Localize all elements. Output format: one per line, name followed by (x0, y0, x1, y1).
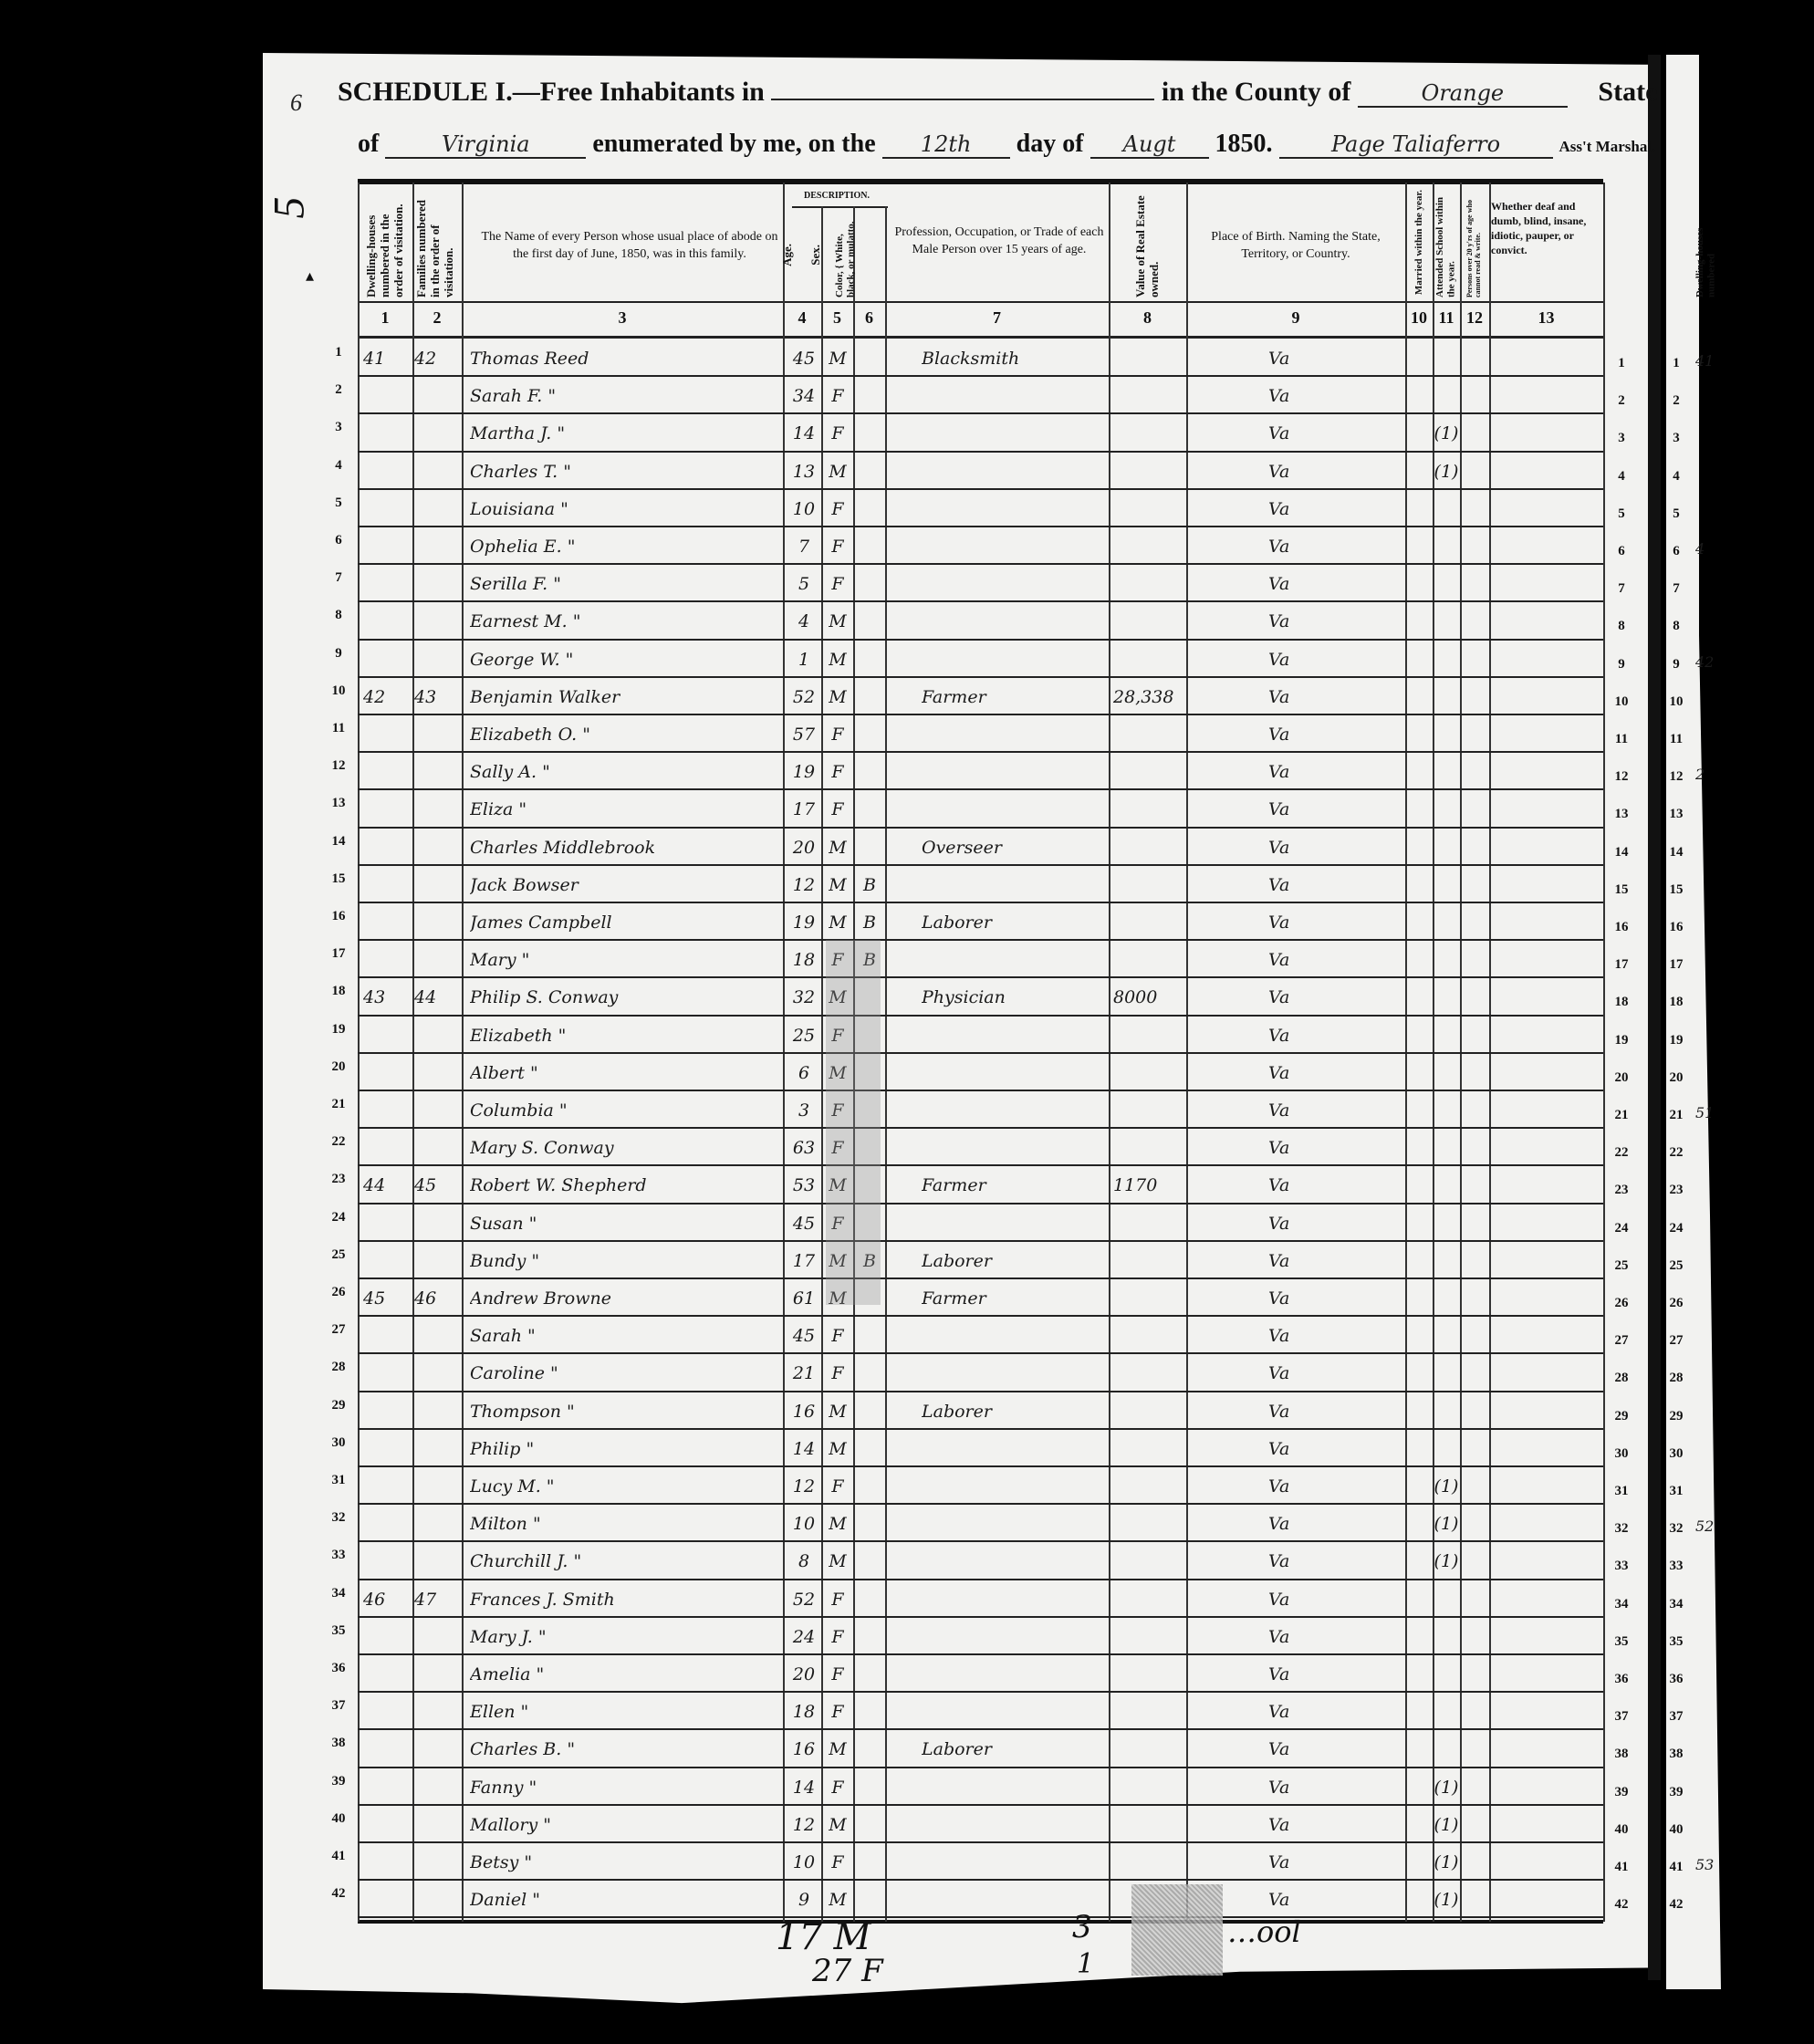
col-8-header: Value of Real Estate owned. (1111, 188, 1184, 297)
sex: M (823, 1890, 852, 1910)
line-number-next-page: 20 (1663, 1070, 1690, 1086)
sex: M (823, 1739, 852, 1759)
occupation: Laborer (922, 1402, 1104, 1422)
birthplace: Va (1268, 725, 1360, 745)
line-number-next-page: 34 (1663, 1597, 1690, 1612)
birthplace: Va (1268, 912, 1360, 933)
line-number-right: 11 (1608, 732, 1635, 747)
line-number-left: 1 (325, 345, 352, 360)
birthplace: Va (1268, 1627, 1360, 1647)
age: 13 (787, 462, 821, 482)
line-number-next-page: 3 (1663, 431, 1690, 446)
birthplace: Va (1268, 1778, 1360, 1798)
birthplace: Va (1268, 1251, 1360, 1271)
person-name: Churchill J. " (470, 1551, 780, 1571)
line-number-left: 14 (325, 834, 352, 850)
line-number-right: 8 (1608, 619, 1635, 634)
row-rule (358, 1728, 1603, 1730)
row-rule (358, 412, 1603, 414)
colnum-divider (358, 336, 1603, 339)
line-number-left: 38 (325, 1736, 352, 1751)
row-rule (358, 1315, 1603, 1317)
line-number-next-page: 37 (1663, 1709, 1690, 1725)
line-number-next-page: 27 (1663, 1333, 1690, 1349)
birthplace: Va (1268, 1363, 1360, 1383)
line-number-right: 25 (1608, 1258, 1635, 1274)
row-rule (358, 1164, 1603, 1166)
line-number-left: 25 (325, 1247, 352, 1263)
family-number: 45 (414, 1175, 460, 1195)
birthplace: Va (1268, 1214, 1360, 1234)
col-2-header: Families numbered in the order of visita… (412, 190, 458, 297)
line-number-left: 6 (325, 533, 352, 548)
age: 19 (787, 912, 821, 933)
birthplace: Va (1268, 987, 1360, 1007)
attended-school: (1) (1433, 1778, 1459, 1798)
line-number-right: 4 (1608, 469, 1635, 485)
sex: F (823, 1363, 852, 1383)
total-note: …ool (1227, 1914, 1301, 1949)
birthplace: Va (1268, 1890, 1360, 1910)
birthplace: Va (1268, 1514, 1360, 1534)
row-rule (358, 526, 1603, 527)
county-label: in the County of (1162, 77, 1351, 107)
column-divider (885, 206, 887, 1922)
line-number-right: 18 (1608, 995, 1635, 1010)
row-rule (358, 902, 1603, 903)
line-number-next-page: 38 (1663, 1747, 1690, 1762)
person-name: Philip " (470, 1439, 780, 1459)
stain (826, 940, 881, 1305)
family-number: 46 (414, 1288, 460, 1309)
age: 52 (787, 1590, 821, 1610)
dwelling-number: 41 (363, 349, 411, 369)
attended-school: (1) (1433, 423, 1459, 443)
sex: M (823, 1551, 852, 1571)
month-value: Augt (1090, 131, 1209, 159)
sex: F (823, 1778, 852, 1798)
line-number-next-page: 5 (1663, 506, 1690, 522)
line-number-left: 4 (325, 458, 352, 474)
occupation: Farmer (922, 1175, 1104, 1195)
col-12-header: Persons over 20 y'rs of age who cannot r… (1460, 188, 1487, 297)
line-number-next-page: 30 (1663, 1446, 1690, 1462)
line-number-right: 41 (1608, 1860, 1635, 1875)
row-rule (358, 827, 1603, 829)
birthplace: Va (1268, 1664, 1360, 1684)
col-13-header: Whether deaf and dumb, blind, insane, id… (1491, 192, 1600, 265)
sex: F (823, 537, 852, 557)
line-number-left: 15 (325, 871, 352, 887)
line-number-right: 35 (1608, 1634, 1635, 1650)
line-number-next-page: 11 (1663, 732, 1690, 747)
sex: F (823, 1627, 852, 1647)
row-rule (358, 1691, 1603, 1693)
birthplace: Va (1268, 1026, 1360, 1046)
sex: F (823, 1664, 852, 1684)
year-value: 1850. (1215, 130, 1273, 158)
line-number-next-page: 24 (1663, 1221, 1690, 1236)
age: 17 (787, 1251, 821, 1271)
line-number-next-page: 15 (1663, 882, 1690, 898)
description-divider (792, 206, 888, 208)
line-number-next-page: 6 (1663, 544, 1690, 559)
age: 9 (787, 1890, 821, 1910)
row-rule (358, 1127, 1603, 1129)
attended-school: (1) (1433, 1815, 1459, 1835)
line-number-next-page: 40 (1663, 1822, 1690, 1838)
row-rule (358, 864, 1603, 866)
family-number: 42 (414, 349, 460, 369)
person-name: Sarah F. " (470, 386, 780, 406)
row-rule (358, 1015, 1603, 1017)
description-group-label: DESCRIPTION. (787, 187, 887, 205)
line-number-next-page: 35 (1663, 1634, 1690, 1650)
birthplace: Va (1268, 799, 1360, 819)
line-number-right: 3 (1608, 431, 1635, 446)
total-col-top: 3 (1072, 1909, 1092, 1945)
line-number-right: 24 (1608, 1221, 1635, 1236)
birthplace: Va (1268, 423, 1360, 443)
column-number: 4 (783, 308, 821, 328)
person-name: George W. " (470, 650, 780, 670)
column-number: 6 (853, 308, 885, 328)
line-number-right: 19 (1608, 1033, 1635, 1048)
line-number-right: 33 (1608, 1559, 1635, 1574)
birthplace: Va (1268, 1551, 1360, 1571)
line-number-right: 32 (1608, 1521, 1635, 1537)
state-value: Virginia (385, 131, 586, 159)
line-number-next-page: 13 (1663, 807, 1690, 822)
person-name: Eliza " (470, 799, 780, 819)
sex: M (823, 349, 852, 369)
line-number-left: 19 (325, 1022, 352, 1038)
line-number-next-page: 21 (1663, 1108, 1690, 1123)
line-number-left: 17 (325, 946, 352, 962)
line-number-right: 22 (1608, 1145, 1635, 1161)
column-number: 10 (1405, 308, 1433, 328)
line-number-next-page: 4 (1663, 469, 1690, 485)
occupation: Laborer (922, 912, 1104, 933)
sex: M (823, 611, 852, 631)
birthplace: Va (1268, 1476, 1360, 1496)
line-number-next-page: 17 (1663, 957, 1690, 973)
person-name: Caroline " (470, 1363, 780, 1383)
person-name: Fanny " (470, 1778, 780, 1798)
person-name: Robert W. Shepherd (470, 1175, 780, 1195)
person-name: Susan " (470, 1214, 780, 1234)
line-number-right: 21 (1608, 1108, 1635, 1123)
page-number: 6 (290, 89, 302, 117)
line-number-right: 15 (1608, 882, 1635, 898)
column-number: 7 (885, 308, 1109, 328)
line-number-right: 38 (1608, 1747, 1635, 1762)
age: 14 (787, 423, 821, 443)
person-name: Thompson " (470, 1402, 780, 1422)
col-11-header: Attended School within the year. (1433, 188, 1460, 297)
day-value: 12th (882, 131, 1010, 159)
birthplace: Va (1268, 1138, 1360, 1158)
person-name: Milton " (470, 1514, 780, 1534)
person-name: Albert " (470, 1063, 780, 1083)
line-number-next-page: 32 (1663, 1521, 1690, 1537)
sex: M (823, 1514, 852, 1534)
birthplace: Va (1268, 875, 1360, 895)
birthplace: Va (1268, 1815, 1360, 1835)
column-divider (1603, 182, 1605, 1922)
line-number-right: 12 (1608, 769, 1635, 785)
line-number-left: 7 (325, 570, 352, 586)
row-rule (358, 1879, 1603, 1881)
birthplace: Va (1268, 1739, 1360, 1759)
age: 8 (787, 1551, 821, 1571)
line-number-left: 22 (325, 1134, 352, 1150)
line-number-left: 10 (325, 683, 352, 699)
line-number-right: 1 (1608, 356, 1635, 371)
line-number-next-page: 26 (1663, 1296, 1690, 1311)
line-number-left: 40 (325, 1811, 352, 1827)
age: 57 (787, 725, 821, 745)
sex: M (823, 687, 852, 707)
row-rule (358, 1277, 1603, 1279)
occupation: Laborer (922, 1251, 1104, 1271)
table-top-rule (358, 179, 1603, 184)
line-number-right: 10 (1608, 694, 1635, 710)
row-rule (358, 1352, 1603, 1354)
attended-school: (1) (1433, 1852, 1459, 1872)
row-rule (358, 1579, 1603, 1580)
line-number-left: 12 (325, 758, 352, 774)
age: 14 (787, 1778, 821, 1798)
age: 10 (787, 1514, 821, 1534)
real-estate-value: 8000 (1113, 987, 1184, 1007)
header-divider (358, 301, 1603, 303)
row-rule (358, 676, 1603, 678)
line-number-right: 20 (1608, 1070, 1635, 1086)
row-rule (358, 1767, 1603, 1768)
line-number-next-page: 16 (1663, 920, 1690, 935)
birthplace: Va (1268, 1439, 1360, 1459)
line-number-next-page: 7 (1663, 581, 1690, 597)
line-number-next-page: 42 (1663, 1897, 1690, 1913)
line-number-left: 16 (325, 909, 352, 924)
adjacent-page-edge (1666, 55, 1721, 1989)
line-number-right: 30 (1608, 1446, 1635, 1462)
line-number-right: 6 (1608, 544, 1635, 559)
row-rule (358, 976, 1603, 978)
line-number-next-page: 29 (1663, 1409, 1690, 1424)
line-number-left: 21 (325, 1097, 352, 1112)
birthplace: Va (1268, 1288, 1360, 1309)
line-number-left: 31 (325, 1473, 352, 1488)
line-number-left: 8 (325, 608, 352, 623)
sex: F (823, 423, 852, 443)
next-page-dwelling-number: 42 (1695, 653, 1714, 671)
person-name: Amelia " (470, 1664, 780, 1684)
row-rule (358, 1804, 1603, 1806)
birthplace: Va (1268, 1852, 1360, 1872)
line-number-right: 9 (1608, 657, 1635, 673)
table-bottom-rule (358, 1920, 1603, 1924)
line-number-right: 13 (1608, 807, 1635, 822)
of-label: of (358, 130, 379, 158)
color: B (855, 875, 884, 895)
age: 5 (787, 574, 821, 594)
row-rule (358, 1428, 1603, 1430)
line-number-left: 36 (325, 1661, 352, 1676)
line-number-right: 34 (1608, 1597, 1635, 1612)
row-rule (358, 451, 1603, 453)
age: 4 (787, 611, 821, 631)
sex: M (823, 1815, 852, 1835)
line-number-left: 42 (325, 1886, 352, 1902)
col-4-header: Age. (774, 212, 801, 297)
birthplace: Va (1268, 1063, 1360, 1083)
next-page-dwelling-number: 4 (1695, 540, 1705, 558)
row-rule (358, 1540, 1603, 1542)
next-page-dwelling-number: 2 (1695, 766, 1705, 783)
line-number-right: 23 (1608, 1183, 1635, 1198)
person-name: Jack Bowser (470, 875, 780, 895)
line-number-left: 20 (325, 1059, 352, 1075)
line-number-left: 2 (325, 382, 352, 398)
sex: F (823, 386, 852, 406)
age: 63 (787, 1138, 821, 1158)
age: 45 (787, 1326, 821, 1346)
age: 34 (787, 386, 821, 406)
column-number: 2 (412, 308, 462, 328)
person-name: Elizabeth O. " (470, 725, 780, 745)
dwelling-number: 44 (363, 1175, 411, 1195)
column-number: 8 (1109, 308, 1186, 328)
row-rule (358, 600, 1603, 602)
line-number-next-page: 23 (1663, 1183, 1690, 1198)
person-name: Ophelia E. " (470, 537, 780, 557)
age: 18 (787, 1702, 821, 1722)
occupation: Overseer (922, 838, 1104, 858)
next-page-dwelling-number: 51 (1695, 1104, 1714, 1121)
birthplace: Va (1268, 650, 1360, 670)
row-rule (358, 488, 1603, 490)
col-10-header: Married within the year. (1405, 188, 1433, 297)
age: 6 (787, 1063, 821, 1083)
tape-patch (1131, 1884, 1223, 1976)
schedule-prefix: SCHEDULE I. (338, 77, 513, 107)
next-page-col-1-header: Dwelling-houses numbered (1695, 188, 1717, 297)
age: 10 (787, 1852, 821, 1872)
sex: M (823, 650, 852, 670)
birthplace: Va (1268, 1175, 1360, 1195)
person-name: Martha J. " (470, 423, 780, 443)
age: 16 (787, 1402, 821, 1422)
age: 1 (787, 650, 821, 670)
age: 7 (787, 537, 821, 557)
person-name: Thomas Reed (470, 349, 780, 369)
line-number-next-page: 8 (1663, 619, 1690, 634)
age: 24 (787, 1627, 821, 1647)
line-number-right: 37 (1608, 1709, 1635, 1725)
line-number-right: 28 (1608, 1371, 1635, 1386)
line-number-left: 29 (325, 1398, 352, 1413)
birthplace: Va (1268, 950, 1360, 970)
birthplace: Va (1268, 762, 1360, 782)
column-number: 9 (1186, 308, 1405, 328)
row-rule (358, 1203, 1603, 1204)
inhabitants-location-blank (771, 99, 1154, 100)
person-name: Elizabeth " (470, 1026, 780, 1046)
line-number-left: 33 (325, 1548, 352, 1563)
age: 17 (787, 799, 821, 819)
line-number-right: 7 (1608, 581, 1635, 597)
person-name: Mary J. " (470, 1627, 780, 1647)
attended-school: (1) (1433, 1890, 1459, 1910)
sex: M (823, 462, 852, 482)
person-name: Charles B. " (470, 1739, 780, 1759)
family-number: 43 (414, 687, 460, 707)
row-rule (358, 1090, 1603, 1091)
sex: F (823, 799, 852, 819)
line-number-left: 9 (325, 646, 352, 662)
age: 12 (787, 875, 821, 895)
sex: M (823, 912, 852, 933)
col-1-header: Dwelling-houses numbered in the order of… (361, 190, 409, 297)
line-number-left: 13 (325, 796, 352, 811)
line-number-next-page: 10 (1663, 694, 1690, 710)
family-number: 44 (414, 987, 460, 1007)
line-number-next-page: 28 (1663, 1371, 1690, 1386)
attended-school: (1) (1433, 1514, 1459, 1534)
line-number-left: 5 (325, 495, 352, 511)
row-rule (358, 1916, 1603, 1918)
line-number-left: 23 (325, 1172, 352, 1187)
col-3-header: The Name of every Person whose usual pla… (479, 201, 780, 292)
next-page-dwelling-number: 52 (1695, 1517, 1714, 1535)
line-number-right: 17 (1608, 957, 1635, 973)
age: 53 (787, 1175, 821, 1195)
next-page-dwelling-number: 53 (1695, 1856, 1714, 1873)
line-number-left: 3 (325, 420, 352, 435)
age: 61 (787, 1288, 821, 1309)
person-name: Frances J. Smith (470, 1590, 780, 1610)
line-number-left: 39 (325, 1774, 352, 1789)
schedule-title-line-2: of Virginia enumerated by me, on the 12t… (358, 130, 1655, 159)
sex: M (823, 1402, 852, 1422)
day-of-label: day of (1016, 130, 1084, 158)
birthplace: Va (1268, 349, 1360, 369)
birthplace: Va (1268, 1326, 1360, 1346)
person-name: Mary " (470, 950, 780, 970)
line-number-right: 39 (1608, 1785, 1635, 1800)
schedule-title: —Free Inhabitants in (513, 77, 765, 107)
attended-school: (1) (1433, 1476, 1459, 1496)
line-number-left: 28 (325, 1360, 352, 1375)
col-7-header: Profession, Occupation, or Trade of each… (890, 201, 1109, 283)
state-label: State (1598, 77, 1657, 107)
person-name: Mary S. Conway (470, 1138, 780, 1158)
line-number-right: 42 (1608, 1897, 1635, 1913)
sex: F (823, 1852, 852, 1872)
line-number-right: 2 (1608, 393, 1635, 409)
occupation: Farmer (922, 1288, 1104, 1309)
age: 21 (787, 1363, 821, 1383)
sex: M (823, 875, 852, 895)
line-number-left: 27 (325, 1322, 352, 1338)
dwelling-number: 43 (363, 987, 411, 1007)
line-number-left: 35 (325, 1623, 352, 1639)
col-6-header: Color, { White, black, or mulatto. (830, 212, 861, 297)
row-rule (358, 639, 1603, 641)
row-rule (358, 1841, 1603, 1843)
